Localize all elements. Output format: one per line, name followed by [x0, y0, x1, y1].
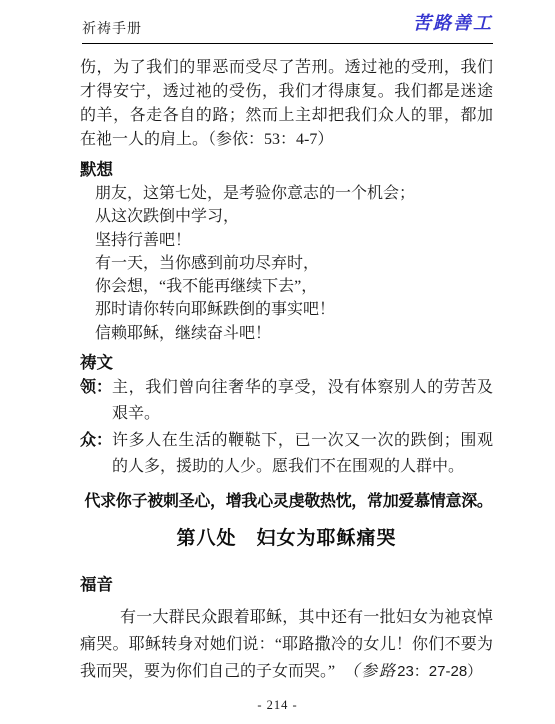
congregation-text: 许多人在生活的鞭鞑下，已一次又一次的跌倒；围观的人多，援助的人少。愿我们不在围观…	[112, 428, 493, 479]
leader-label: 领：	[80, 375, 112, 401]
page-footer: - 214 -	[0, 698, 555, 713]
meditation-heading: 默想	[80, 156, 493, 180]
meditation-lines: 朋友，这第七处，是考验你意志的一个机会； 从这次跌倒中学习， 坚持行善吧！ 有一…	[80, 182, 493, 345]
gospel-reference-source: （参路	[343, 663, 397, 680]
intercession-line: 代求你子被刺圣心，增我心灵虔敬热忱，常加爱慕情意深。	[78, 488, 499, 511]
gospel-heading: 福音	[80, 571, 493, 595]
meditation-line: 有一天，当你感到前功尽弃时，	[95, 252, 493, 275]
page-number: - 214 -	[257, 698, 297, 712]
meditation-line: 从这次跌倒中学习，	[95, 205, 493, 228]
page-header: 祈祷手册 苦路善工	[82, 12, 493, 44]
meditation-line: 信赖耶稣，继续奋斗吧！	[95, 322, 493, 345]
running-head-left: 祈祷手册	[82, 18, 142, 38]
running-head-right: 苦路善工	[413, 9, 493, 35]
meditation-line: 朋友，这第七处，是考验你意志的一个机会；	[95, 182, 493, 205]
page-body: 伤，为了我们的罪恶而受尽了苦刑。透过祂的受刑，我们才得安宁，透过祂的受伤，我们才…	[80, 56, 493, 685]
prayer-heading: 祷文	[80, 349, 493, 373]
congregation-label: 众：	[80, 428, 112, 454]
leader-text: 主，我们曾向往奢华的享受，没有体察别人的劳苦及艰辛。	[112, 375, 493, 426]
meditation-line: 坚持行善吧！	[95, 229, 493, 252]
meditation-line: 你会想，“我不能再继续下去”，	[95, 275, 493, 298]
station-title: 第八处 妇女为耶稣痛哭	[80, 523, 493, 550]
gospel-reference-verse: 23：27-28）	[397, 663, 482, 680]
prayer-response-congregation: 众： 许多人在生活的鞭鞑下，已一次又一次的跌倒；围观的人多，援助的人少。愿我们不…	[80, 428, 493, 479]
meditation-line: 那时请你转向耶稣跌倒的事实吧！	[95, 298, 493, 321]
gospel-paragraph: 有一大群民众跟着耶稣，其中还有一批妇女为祂哀悼痛哭。耶稣转身对她们说：“耶路撒冷…	[80, 604, 493, 685]
prayer-response-leader: 领： 主，我们曾向往奢华的享受，没有体察别人的劳苦及艰辛。	[80, 375, 493, 426]
document-page: 祈祷手册 苦路善工 伤，为了我们的罪恶而受尽了苦刑。透过祂的受刑，我们才得安宁，…	[0, 0, 555, 724]
intro-paragraph: 伤，为了我们的罪恶而受尽了苦刑。透过祂的受刑，我们才得安宁，透过祂的受伤，我们才…	[80, 56, 493, 152]
